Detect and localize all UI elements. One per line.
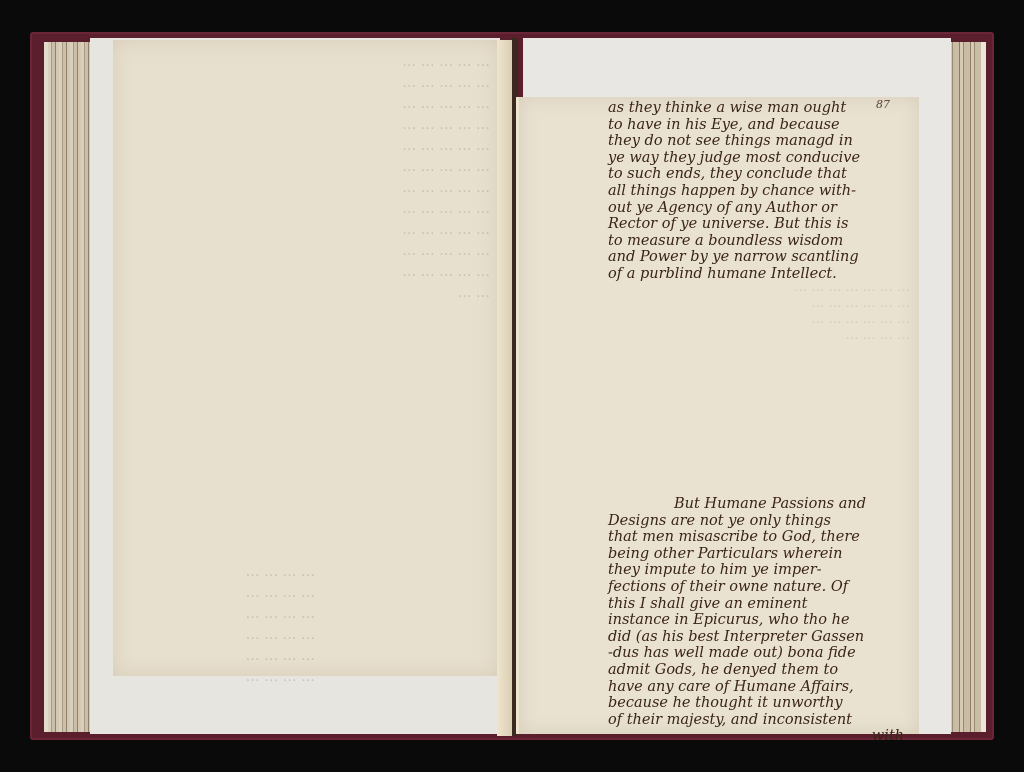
text-line: But Humane Passions and [608, 496, 914, 513]
paragraph-1: as they thinke a wise man ought to have … [608, 100, 914, 283]
text-line: ye way they judge most conducive [608, 150, 914, 167]
text-line: fections of their owne nature. Of [608, 579, 914, 596]
text-line: that men misascribe to God, there [608, 529, 914, 546]
text-line: and Power by ye narrow scantling [608, 249, 914, 266]
show-through-text-bottom: … … … … … … … … … … … … … … … … … … … … … [115, 562, 315, 688]
text-line: to measure a boundless wisdom [608, 233, 914, 250]
text-line: Designs are not ye only things [608, 513, 914, 530]
paragraph-2: But Humane Passions and Designs are not … [608, 496, 914, 745]
page-edges-right [945, 42, 986, 732]
text-line: they do not see things managd in [608, 133, 914, 150]
text-line: admit Gods, he denyed them to [608, 662, 914, 679]
text-line: instance in Epicurus, who tho he [608, 612, 914, 629]
ghost-show-through-right: … … … … … … … … … … … … … … … … … … … … … [610, 280, 910, 344]
text-line: all things happen by chance with- [608, 183, 914, 200]
text-line: to such ends, they conclude that [608, 166, 914, 183]
gutter-fold [497, 40, 513, 736]
text-line: of their majesty, and inconsistent [608, 712, 914, 729]
page-edges-left [44, 42, 96, 732]
show-through-text-top: … … … … … … … … … … … … … … … … … … … … … [250, 52, 490, 304]
text-line: being other Particulars wherein [608, 546, 914, 563]
text-line: did (as his best Interpreter Gassen [608, 629, 914, 646]
text-line: -dus has well made out) bona fide [608, 645, 914, 662]
text-line: because he thought it unworthy [608, 695, 914, 712]
catchword: with [608, 728, 914, 745]
text-line: Rector of ye universe. But this is [608, 216, 914, 233]
text-line: this I shall give an eminent [608, 596, 914, 613]
text-line: they impute to him ye imper- [608, 562, 914, 579]
text-line: to have in his Eye, and because [608, 117, 914, 134]
text-line: as they thinke a wise man ought [608, 100, 914, 117]
text-line: out ye Agency of any Author or [608, 200, 914, 217]
text-line: have any care of Humane Affairs, [608, 679, 914, 696]
